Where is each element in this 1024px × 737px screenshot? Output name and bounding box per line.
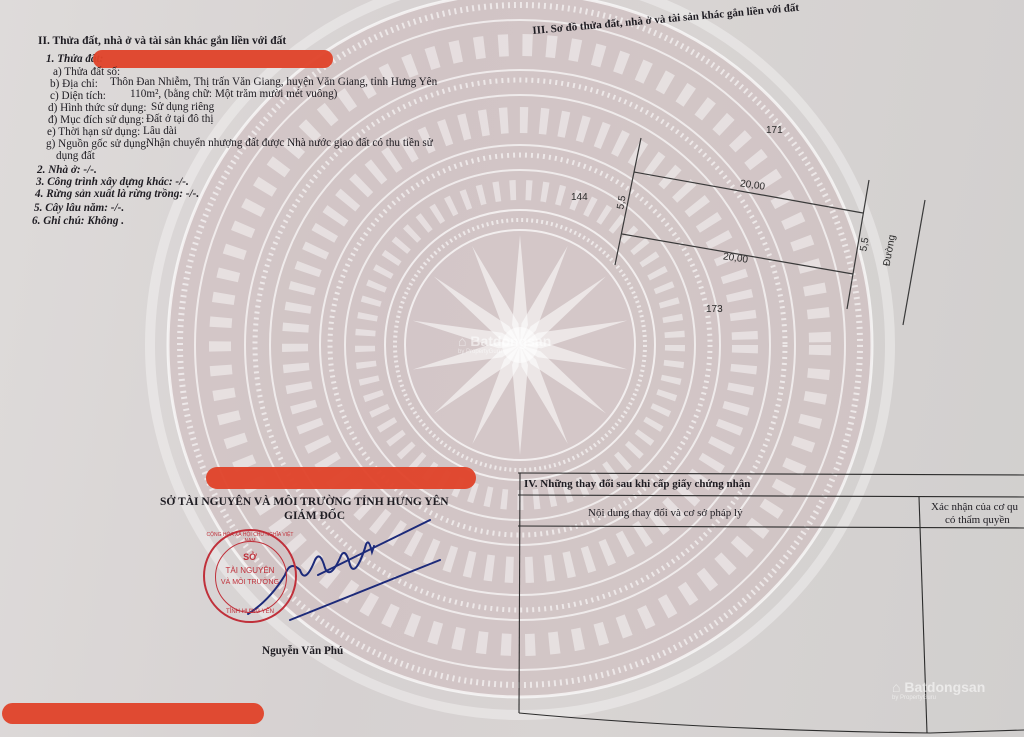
agency-name: SỞ TÀI NGUYÊN VÀ MÔI TRƯỜNG TỈNH HƯNG YÊ… — [160, 497, 449, 509]
usage-term-label: e) Thời hạn sử dụng: — [47, 127, 140, 138]
area-value: 110m², (bằng chữ: Một trăm mười mét vuôn… — [130, 89, 337, 100]
section4-title: IV. Những thay đổi sau khi cấp giấy chứn… — [524, 479, 750, 490]
signer-name: Nguyễn Văn Phú — [262, 646, 343, 657]
neighbor-west: 144 — [571, 192, 588, 203]
section2-title: II. Thửa đất, nhà ở và tài sản khác gắn … — [38, 36, 286, 48]
area-label: c) Diện tích: — [50, 91, 106, 102]
address-value: Thôn Đan Nhiễm, Thị trấn Văn Giang, huyệ… — [110, 77, 437, 88]
other-construction-item: 3. Công trình xây dựng khác: -/-. — [36, 177, 189, 188]
neighbor-south: 173 — [706, 304, 723, 315]
usage-origin-label: g) Nguồn gốc sử dụng: — [46, 139, 149, 150]
signer-role: GIÁM ĐỐC — [284, 511, 345, 523]
changes-col-confirm-line1: Xác nhận của cơ qu — [931, 501, 1018, 513]
production-forest-item: 4. Rừng sản xuất là rừng trồng: -/-. — [35, 189, 199, 200]
usage-origin-value-cont: dụng đất — [56, 151, 95, 162]
official-stamp: SỞ TÀI NGUYÊN VÀ MÔI TRƯỜNG TỈNH HƯNG YÊ… — [203, 529, 297, 623]
address-label: b) Địa chỉ: — [50, 79, 98, 90]
redaction-date — [206, 467, 476, 489]
neighbor-north: 171 — [766, 125, 783, 136]
batdongsan-watermark-center: ⌂ Batdongsan by PropertyGuru — [458, 333, 551, 355]
usage-form-label: d) Hình thức sử dụng: — [48, 103, 147, 114]
redaction-plot-number — [93, 50, 333, 68]
redaction-bottom — [2, 703, 264, 724]
batdongsan-logo-icon: ⌂ — [458, 333, 470, 349]
usage-purpose-label: đ) Mục đích sử dụng: — [48, 115, 144, 126]
batdongsan-logo-icon: ⌂ — [892, 679, 904, 695]
perennial-trees-item: 5. Cây lâu năm: -/-. — [34, 203, 124, 214]
changes-col-content: Nội dung thay đổi và cơ sở pháp lý — [588, 507, 743, 519]
usage-purpose-value: Đất ở tại đô thị — [146, 114, 213, 125]
usage-origin-value: Nhận chuyển nhượng đất được Nhà nước gia… — [146, 138, 433, 149]
notes-item: 6. Ghi chú: Không . — [32, 216, 124, 227]
usage-term-value: Lâu dài — [143, 126, 177, 137]
changes-col-confirm-line2: có thẩm quyền — [945, 514, 1010, 526]
house-item: 2. Nhà ở: -/-. — [37, 165, 97, 176]
usage-form-value: Sử dụng riêng — [151, 102, 214, 113]
batdongsan-watermark-corner: ⌂ Batdongsan by PropertyGuru — [892, 679, 985, 701]
